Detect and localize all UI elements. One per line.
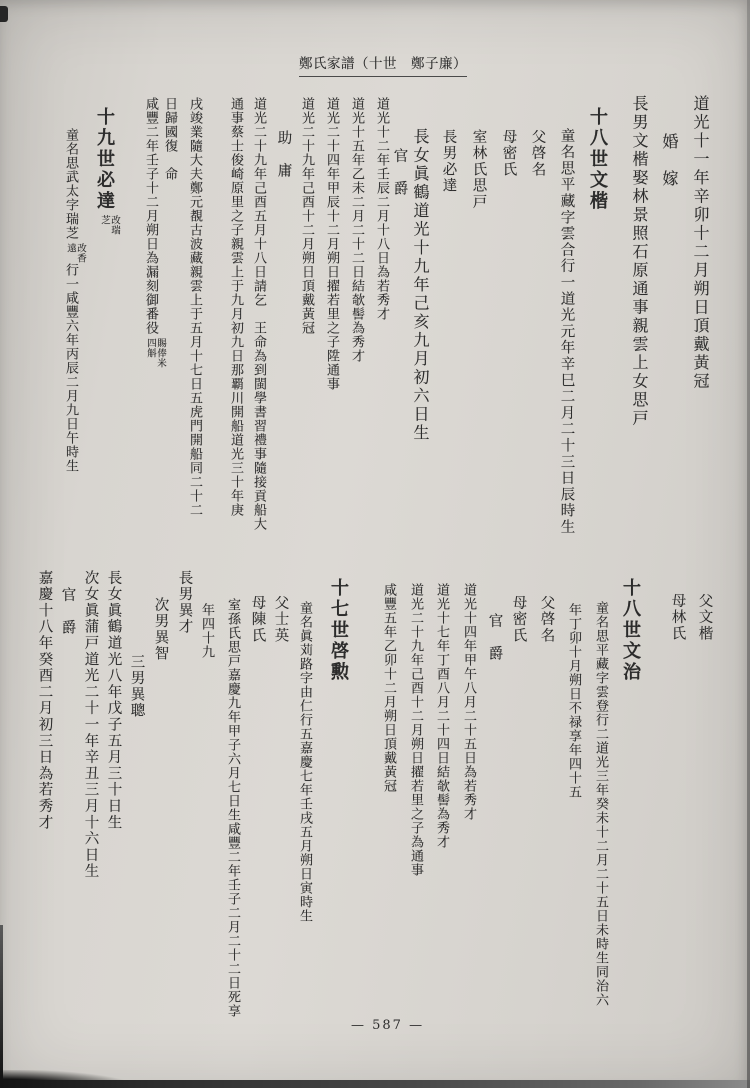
hittatsu-style-change-note: 改香遠 bbox=[65, 243, 85, 263]
bunji-birth-line2: 年丁卯十月朔日不禄享年四十五 bbox=[567, 603, 580, 799]
prev-entry-rank-date: 道光十一年辛卯十二月朔日頂戴黃冠 bbox=[692, 95, 708, 391]
bunkai-duty-stipend-note: 賜俸米四斛 bbox=[145, 338, 165, 368]
bunji-rank-event: 道光十四年甲午八月二十五日為若秀才 bbox=[462, 583, 475, 821]
bunkai-birth: 童名思平藏字雲合行一道光元年辛巳二月二十三日辰時生 bbox=[559, 128, 574, 536]
bunji-mother: 母密氏 bbox=[511, 595, 526, 644]
scan-artifact-bottom-edge bbox=[0, 1080, 750, 1088]
scan-artifact-top-left-mark bbox=[0, 6, 8, 22]
bunkai-rank-event: 道光二十四年甲辰十二月朔日擢若里之子陞通事 bbox=[325, 97, 338, 391]
bunkai-first-daughter: 長女眞鶴道光十九年己亥九月初六日生 bbox=[412, 128, 428, 443]
hittatsu-title-text: 十九世必達 bbox=[94, 107, 115, 212]
bunkai-rank-event: 道光十五年乙未二月二十二日結欹髻為秀才 bbox=[350, 97, 363, 363]
keikun-second-daughter: 次女眞蒲戸道光二十一年辛丑三月十六日生 bbox=[83, 570, 98, 880]
note-left-column: 四斛 bbox=[145, 338, 155, 368]
scan-artifact-left-edge-line bbox=[0, 925, 3, 1088]
section-title-gen19-hittatsu: 十九世必達改瑞芝 bbox=[95, 107, 119, 235]
keikun-rank-event: 嘉慶十八年癸酉二月初三日為若秀才 bbox=[37, 570, 52, 831]
section-title-gen18-bunkai: 十八世文楷 bbox=[588, 107, 606, 212]
bunkai-duty-line: 咸豐二年壬子十二月朔日為漏刻御番役賜俸米四斛 bbox=[144, 97, 165, 368]
genealogy-scan-page: 鄭氏家譜（十世 鄭子廉） 道光十一年辛卯十二月朔日頂戴黃冠 婚 嫁 長男文楷娶林… bbox=[0, 0, 750, 1088]
keikun-birth: 童名眞苅路字由仁行五嘉慶七年壬戌五月朔日寅時生 bbox=[298, 601, 311, 923]
note-right-column: 賜俸米 bbox=[155, 338, 165, 368]
bunji-rank-event: 咸豐五年乙卯十二月朔日頂戴黃冠 bbox=[382, 583, 395, 793]
prev-entry-marriage: 長男文楷娶林景照石原通事親雲上女思戸 bbox=[631, 95, 647, 428]
note-left-column: 遠 bbox=[65, 243, 75, 263]
bunji-rank-label: 官 爵 bbox=[487, 613, 502, 662]
bunkai-first-son: 長男必達 bbox=[441, 129, 456, 194]
keikun-wife-line2: 年四十九 bbox=[200, 603, 213, 659]
hittatsu-birth-line: 童名思武太字瑞芝改香遠行一咸豐六年丙辰二月九日午時生 bbox=[64, 128, 85, 473]
hittatsu-father: 父文楷 bbox=[697, 593, 712, 642]
note-right-column: 改瑞 bbox=[109, 215, 119, 235]
bunkai-father: 父啓名 bbox=[530, 129, 545, 178]
bunkai-rank-label: 官 爵 bbox=[392, 148, 407, 197]
keikun-second-son: 次男異智 bbox=[153, 597, 168, 662]
bunkai-duty-text: 咸豐二年壬子十二月朔日為漏刻御番役 bbox=[143, 97, 158, 335]
bunkai-merit-line: 戌竣業隨大夫鄭元覩古波藏親雲上于五月十七日五虎門開船同二十二 bbox=[188, 97, 201, 517]
page-number: — 587 — bbox=[351, 1018, 424, 1033]
bunkai-mother: 母密氏 bbox=[501, 129, 516, 178]
bunkai-merit-line: 道光二十九年己酉五月十八日請乞 王命為到閩學書習禮事隨接貢船大 bbox=[252, 97, 265, 531]
marriage-section-label: 婚 嫁 bbox=[661, 133, 677, 189]
bunkai-wife: 室林氏思戸 bbox=[471, 129, 486, 211]
keikun-third-son: 三男異聰 bbox=[129, 654, 144, 719]
hittatsu-birth-tail: 行一咸豐六年丙辰二月九日午時生 bbox=[63, 263, 78, 473]
keikun-wife-line1: 室孫氏思戸嘉慶九年甲子六月七日生咸豐二年壬子二月二十二日死享 bbox=[226, 598, 239, 1018]
bunji-rank-event: 道光二十九年己酉十二月朔日擢若里之子為通事 bbox=[409, 583, 422, 877]
section-title-gen18-bunji: 十八世文治 bbox=[621, 578, 639, 683]
section-title-gen17-keikun: 十七世啓勲 bbox=[329, 578, 347, 683]
keikun-mother: 母陳氏 bbox=[250, 595, 265, 644]
bunji-birth-line1: 童名思平藏字雲登行二道光三年癸未十二月二十五日未時生同治六 bbox=[594, 601, 607, 1007]
bunkai-rank-event: 道光十二年壬辰二月十八日為若秀才 bbox=[375, 97, 388, 321]
keikun-rank-label: 官 爵 bbox=[60, 587, 75, 636]
keikun-first-daughter: 長女眞鶴道光八年戊子五月三十日生 bbox=[106, 570, 121, 831]
hittatsu-mother: 母林氏 bbox=[670, 593, 685, 642]
hittatsu-birth-head: 童名思武太字瑞芝 bbox=[63, 128, 78, 240]
note-left-column: 芝 bbox=[99, 215, 109, 235]
hittatsu-name-change-note: 改瑞芝 bbox=[99, 215, 119, 235]
keikun-first-son: 長男異才 bbox=[177, 570, 192, 635]
note-right-column: 改香 bbox=[75, 243, 85, 263]
page-title: 鄭氏家譜（十世 鄭子廉） bbox=[299, 52, 467, 77]
bunkai-rank-event: 道光二十九年己酉十二月朔日頂戴黃冠 bbox=[300, 97, 313, 335]
bunji-rank-event: 道光十七年丁酉八月二十四日結欹髻為秀才 bbox=[435, 583, 448, 849]
bunkai-merit-line: 通事蔡士俊崎原里之子親雲上于九月初九日那覇川開船道光三十年庚 bbox=[229, 97, 242, 517]
bunji-father: 父啓名 bbox=[539, 595, 554, 644]
keikun-father: 父士英 bbox=[273, 595, 288, 644]
bunkai-merit-label: 助 庸 bbox=[276, 130, 291, 179]
